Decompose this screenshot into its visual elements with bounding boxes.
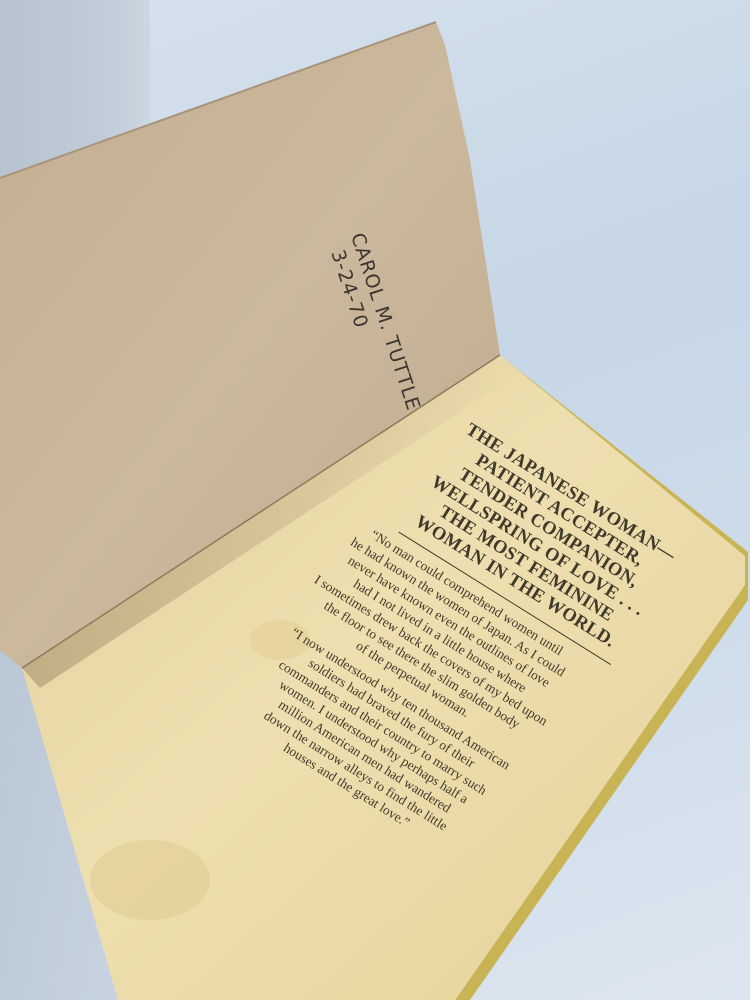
open-book [0, 0, 750, 1000]
